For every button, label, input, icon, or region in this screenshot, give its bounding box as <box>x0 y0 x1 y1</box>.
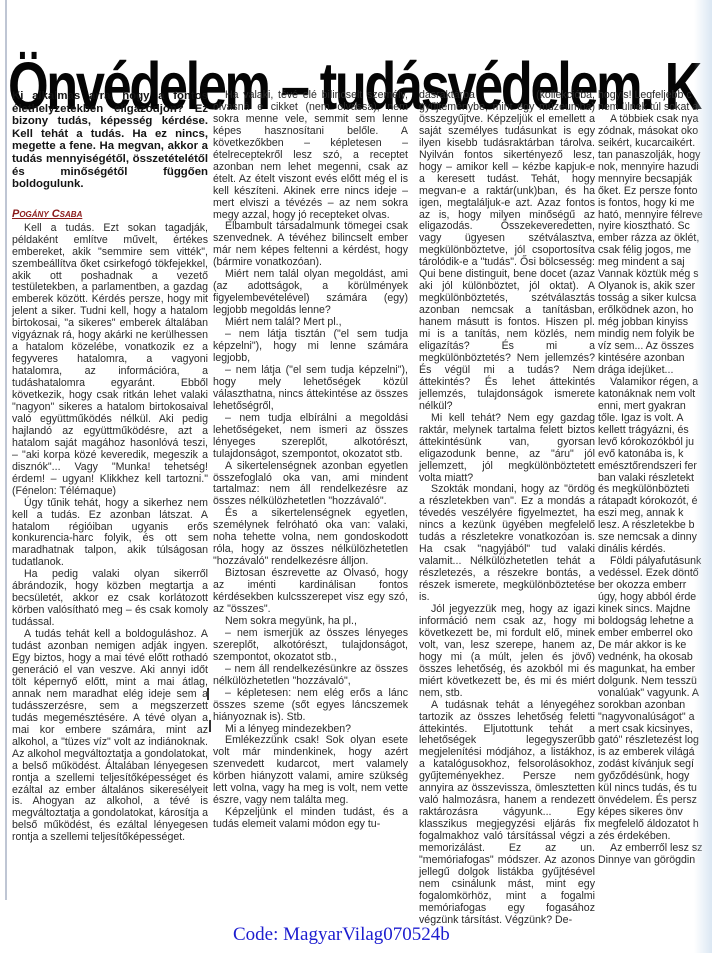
article-column-1: Ki alkalmas arra, hogy a fontos élethely… <box>12 90 208 844</box>
page-scan-edge <box>694 0 712 953</box>
list-item: – nem látja ("el sem tudja képzelni"), h… <box>213 365 408 413</box>
paragraph: A tudásnak tehát a lényegéhez tartozik a… <box>419 700 595 927</box>
paragraph: Képzeljünk el minden tudást, és a tudás … <box>213 807 408 831</box>
paragraph: Biztosan észrevette az Olvasó, hogy az i… <box>213 568 408 616</box>
source-code-label: Code: MagyarVilag070524b <box>233 924 450 946</box>
paragraph: És a sikertelenségnek egyetlen, személyn… <box>213 508 408 568</box>
article-column-3: dásraktárba (kollekcióba, gyűjteménybe, … <box>419 90 595 927</box>
list-item: – képletesen: nem elég erős a lánc össze… <box>213 688 408 724</box>
page-edge-rule <box>5 0 7 900</box>
paragraph: Úgy tűnik tehát, hogy a sikerhez nem kel… <box>12 498 208 570</box>
paragraph: Ha pedig valaki olyan sikerről ábrándozi… <box>12 569 208 629</box>
margin-mark <box>207 688 209 700</box>
newspaper-page: Önvédelem – tudásvédelem. K Ki alkalmas … <box>0 0 712 953</box>
paragraph: dásraktárba (kollekcióba, gyűjteménybe, … <box>419 90 595 413</box>
list-item: – nem ismerjük az összes lényeges szerep… <box>213 628 408 664</box>
paragraph: Ha valaki, tévé elé bilincselt személy, … <box>213 90 408 221</box>
paragraph: Szokták mondani, hogy az "ördög a részle… <box>419 484 595 604</box>
list-item: – nem áll rendelkezésünkre az összes nél… <box>213 664 408 688</box>
paragraph: Mi kell tehát? Nem egy gazdag raktár, me… <box>419 413 595 485</box>
list-item: – nem tudja elbírálni a megoldási lehető… <box>213 413 408 461</box>
paragraph: Elbambult társadalmunk tömegei csak szen… <box>213 221 408 269</box>
article-lede: Ki alkalmas arra, hogy a fontos élethely… <box>12 90 208 191</box>
paragraph: Miért nem talál olyan megoldást, ami (az… <box>213 269 408 317</box>
margin-mark <box>209 720 211 732</box>
paragraph: Jól jegyezzük meg, hogy az igazi informá… <box>419 604 595 700</box>
paragraph: Kell a tudás. Ezt sokan tagadják, példak… <box>12 223 208 498</box>
paragraph: Emlékezzünk csak! Sok olyan esete volt m… <box>213 735 408 807</box>
article-column-2: Ha valaki, tévé elé bilincselt személy, … <box>213 90 408 831</box>
author-byline: Pogány Csaba <box>12 209 208 221</box>
paragraph: A tudás tehát kell a boldoguláshoz. A tu… <box>12 629 208 844</box>
list-item: – nem látja tisztán ("el sem tudja képze… <box>213 329 408 365</box>
paragraph: A sikertelenségnek azonban egyetlen össz… <box>213 461 408 509</box>
